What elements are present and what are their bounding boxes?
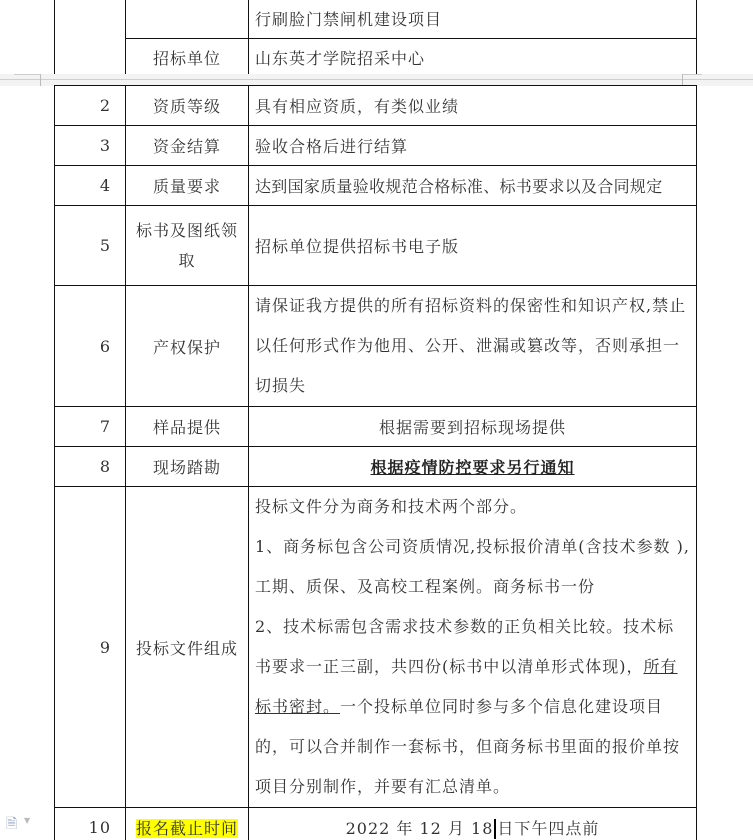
cell-num: 2 [55,86,126,126]
table-page2: 2 资质等级 具有相应资质，有类似业绩 3 资金结算 验收合格后进行结算 4 质… [54,85,697,840]
cell-num: 4 [55,166,126,206]
table-row: 招标单位 山东英才学院招采中心 [55,39,697,76]
cell-num: 3 [55,126,126,166]
cell-value[interactable]: 根据需要到招标现场提供 [249,407,697,447]
cell-label[interactable]: 产权保护 [126,286,249,407]
table-row: 4 质量要求 达到国家质量验收规范合格标准、标书要求以及合同规定 [55,166,697,206]
table-row: 招标范围 行刷脸门禁闸机建设项目 [55,0,697,39]
cell-num: 7 [55,407,126,447]
cell-value[interactable]: 根据疫情防控要求另行通知 [249,447,697,487]
table-row: 8 现场踏勘 根据疫情防控要求另行通知 [55,447,697,487]
table-row: 3 资金结算 验收合格后进行结算 [55,126,697,166]
paragraph-item-2: 2、技术标需包含需求技术参数的正负相关比较。技术标书要求一正三副，共四份(标书中… [255,607,690,807]
table-row: 6 产权保护 请保证我方提供的所有招标资料的保密性和知识产权,禁止以任何形式作为… [55,286,697,407]
cell-value[interactable]: 请保证我方提供的所有招标资料的保密性和知识产权,禁止以任何形式作为他用、公开、泄… [249,286,697,407]
cell-num [55,0,126,76]
cell-num: 10 [55,808,126,840]
cell-value[interactable]: 具有相应资质，有类似业绩 [249,86,697,126]
cell-value[interactable]: 2022 年 12 月 18日下午四点前 [249,808,697,840]
cell-num: 6 [55,286,126,407]
cell-label[interactable]: 资质等级 [126,86,249,126]
chevron-down-icon[interactable]: ▼ [24,816,30,825]
cell-label[interactable]: 质量要求 [126,166,249,206]
paragraph-item-1: 1、商务标包含公司资质情况,投标报价清单(含技术参数 ),工期、质保、及高校工程… [255,527,690,607]
cell-value[interactable]: 验收合格后进行结算 [249,126,697,166]
cell-value[interactable]: 投标文件分为商务和技术两个部分。 1、商务标包含公司资质情况,投标报价清单(含技… [249,487,697,808]
document-icon[interactable]: 🗎 [6,813,17,837]
table-row: 10 报名截止时间 2022 年 12 月 18日下午四点前 [55,808,697,840]
cell-label[interactable]: 招标范围 [126,0,249,39]
cell-num: 5 [55,206,126,286]
cell-value[interactable]: 达到国家质量验收规范合格标准、标书要求以及合同规定 [249,166,697,206]
cell-num: 8 [55,447,126,487]
cell-label[interactable]: 投标文件组成 [126,487,249,808]
page-break-line [0,79,753,80]
paragraph-intro: 投标文件分为商务和技术两个部分。 [255,487,690,527]
cell-value[interactable]: 行刷脸门禁闸机建设项目 [249,0,697,39]
cell-value[interactable]: 招标单位提供招标书电子版 [249,206,697,286]
cell-label[interactable]: 样品提供 [126,407,249,447]
margin-mark [682,74,702,75]
notice-text: 根据疫情防控要求另行通知 [370,458,574,477]
table-row: 5 标书及图纸领 取 招标单位提供招标书电子版 [55,206,697,286]
table-row: 9 投标文件组成 投标文件分为商务和技术两个部分。 1、商务标包含公司资质情况,… [55,487,697,808]
cell-label[interactable]: 资金结算 [126,126,249,166]
margin-mark [40,74,41,86]
cell-num: 9 [55,487,126,808]
cell-value[interactable]: 山东英才学院招采中心 [249,39,697,76]
margin-mark [14,74,40,75]
table-page1: 招标范围 行刷脸门禁闸机建设项目 招标单位 山东英才学院招采中心 [54,0,697,76]
cell-label[interactable]: 标书及图纸领 取 [126,206,249,286]
cell-label[interactable]: 招标单位 [126,39,249,76]
cell-label[interactable]: 报名截止时间 [126,808,249,840]
cell-label[interactable]: 现场踏勘 [126,447,249,487]
table-row: 2 资质等级 具有相应资质，有类似业绩 [55,86,697,126]
table-row: 7 样品提供 根据需要到招标现场提供 [55,407,697,447]
